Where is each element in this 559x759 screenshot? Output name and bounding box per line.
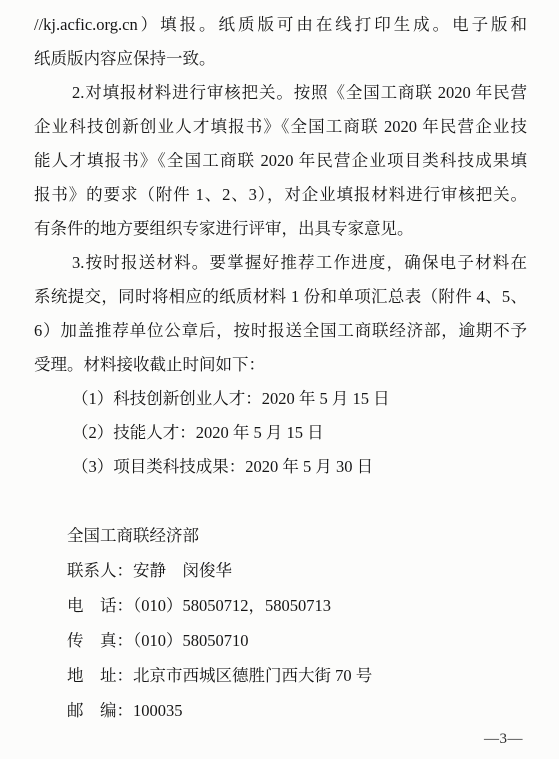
- paragraph-3-line: 3.按时报送材料。要掌握好推荐工作进度，确保电子材料在: [34, 246, 527, 280]
- paragraph-2-line: 报书》的要求（附件 1、2、3），对企业填报材料进行审核把关。: [34, 178, 527, 212]
- document-body: //kj.acfic.org.cn）填报。纸质版可由在线打印生成。电子版和 纸质…: [34, 8, 527, 484]
- paragraph-1-line: //kj.acfic.org.cn）填报。纸质版可由在线打印生成。电子版和: [34, 8, 527, 42]
- paragraph-2-line: 企业科技创新创业人才填报书》《全国工商联 2020 年民营企业技: [34, 110, 527, 144]
- paragraph-3-line: 6）加盖推荐单位公章后，按时报送全国工商联经济部，逾期不予: [34, 314, 527, 348]
- paragraph-2-line: 有条件的地方要组织专家进行评审，出具专家意见。: [34, 212, 527, 246]
- deadline-item: （2）技能人才：2020 年 5 月 15 日: [34, 416, 527, 450]
- contact-department: 全国工商联经济部: [67, 518, 527, 553]
- contact-fax: 传 真：（010）58050710: [67, 623, 527, 658]
- contact-address: 地 址：北京市西城区德胜门西大街 70 号: [67, 658, 527, 693]
- paragraph-2-line: 2.对填报材料进行审核把关。按照《全国工商联 2020 年民营: [34, 76, 527, 110]
- paragraph-3-line: 受理。材料接收截止时间如下：: [34, 348, 527, 382]
- contact-person: 联系人：安静 闵俊华: [67, 553, 527, 588]
- paragraph-2-line: 能人才填报书》《全国工商联 2020 年民营企业项目类科技成果填: [34, 144, 527, 178]
- contact-block: 全国工商联经济部 联系人：安静 闵俊华 电 话：（010）58050712，58…: [67, 518, 527, 728]
- contact-postcode: 邮 编：100035: [67, 693, 527, 728]
- deadline-item: （3）项目类科技成果：2020 年 5 月 30 日: [34, 450, 527, 484]
- page-number: —3—: [484, 732, 523, 747]
- deadline-item: （1）科技创新创业人才：2020 年 5 月 15 日: [34, 382, 527, 416]
- contact-phone: 电 话：（010）58050712，58050713: [67, 588, 527, 623]
- paragraph-1-line: 纸质版内容应保持一致。: [34, 42, 527, 76]
- paragraph-3-line: 系统提交，同时将相应的纸质材料 1 份和单项汇总表（附件 4、5、: [34, 280, 527, 314]
- document-page: //kj.acfic.org.cn）填报。纸质版可由在线打印生成。电子版和 纸质…: [0, 0, 559, 759]
